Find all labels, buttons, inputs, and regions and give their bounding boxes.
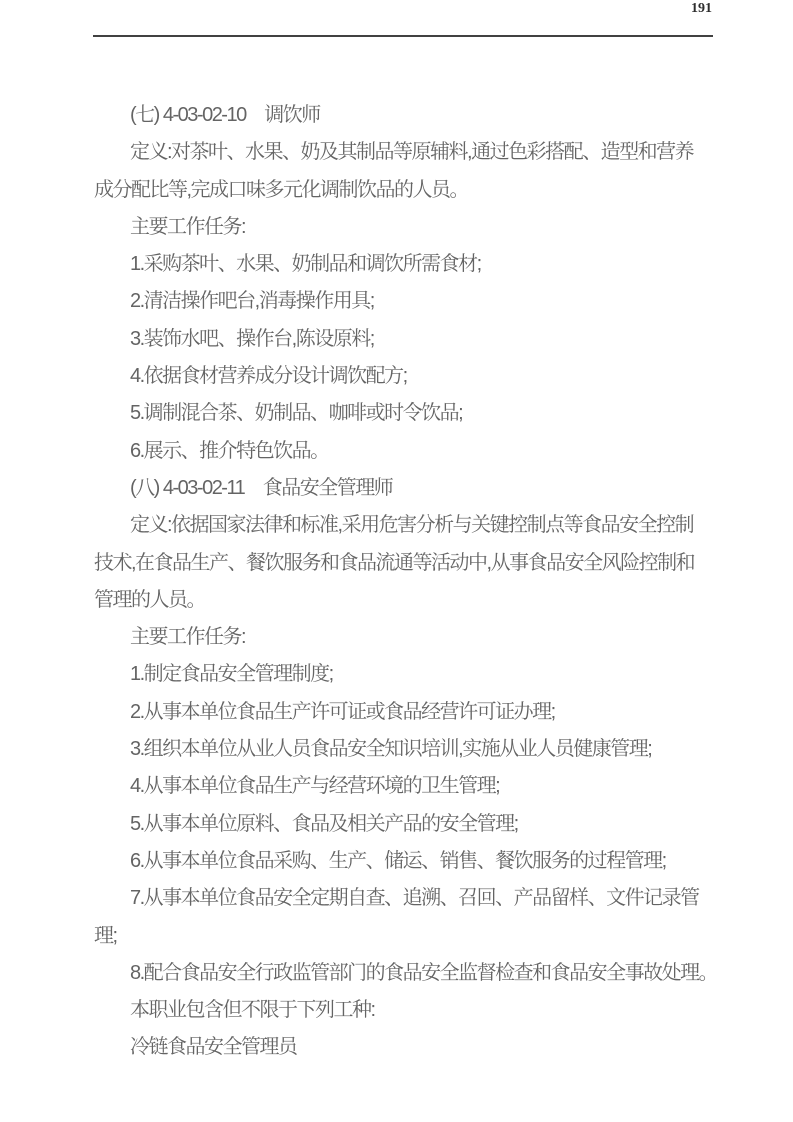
text-line: 冷链食品安全管理员 <box>94 1029 712 1066</box>
text-line: 3.装饰水吧、操作台,陈设原料; <box>94 321 712 358</box>
text-line: 8.配合食品安全行政监管部门的食品安全监督检查和食品安全事故处理。 <box>94 955 712 992</box>
section-heading: (七) 4-03-02-10 调饮师 <box>94 97 712 134</box>
text-line: 成分配比等,完成口味多元化调制饮品的人员。 <box>94 172 712 209</box>
text-line: 2.从事本单位食品生产许可证或食品经营许可证办理; <box>94 694 712 731</box>
text-line: 主要工作任务: <box>94 619 712 656</box>
page-number: 191 <box>691 1 712 17</box>
text-line: 6.展示、推介特色饮品。 <box>94 433 712 470</box>
document-page: 191 (七) 4-03-02-10 调饮师 定义:对茶叶、水果、奶及其制品等原… <box>0 0 793 1122</box>
text-line: 7.从事本单位食品安全定期自查、追溯、召回、产品留样、文件记录管 <box>94 880 712 917</box>
text-line: 理; <box>94 918 712 955</box>
text-line: 1.制定食品安全管理制度; <box>94 656 712 693</box>
text-line: 4.从事本单位食品生产与经营环境的卫生管理; <box>94 768 712 805</box>
text-line: 2.清洁操作吧台,消毒操作用具; <box>94 283 712 320</box>
text-line: 定义:依据国家法律和标准,采用危害分析与关键控制点等食品安全控制 <box>94 507 712 544</box>
text-line: 5.调制混合茶、奶制品、咖啡或时令饮品; <box>94 395 712 432</box>
text-line: 3.组织本单位从业人员食品安全知识培训,实施从业人员健康管理; <box>94 731 712 768</box>
text-line: 管理的人员。 <box>94 582 712 619</box>
text-line: 技术,在食品生产、餐饮服务和食品流通等活动中,从事食品安全风险控制和 <box>94 545 712 582</box>
text-line: 4.依据食材营养成分设计调饮配方; <box>94 358 712 395</box>
text-line: 本职业包含但不限于下列工种: <box>94 992 712 1029</box>
text-line: 主要工作任务: <box>94 209 712 246</box>
text-line: 定义:对茶叶、水果、奶及其制品等原辅料,通过色彩搭配、造型和营养 <box>94 134 712 171</box>
header-rule <box>93 35 713 37</box>
text-line: 6.从事本单位食品采购、生产、储运、销售、餐饮服务的过程管理; <box>94 843 712 880</box>
text-line: 1.采购茶叶、水果、奶制品和调饮所需食材; <box>94 246 712 283</box>
text-line: 5.从事本单位原料、食品及相关产品的安全管理; <box>94 806 712 843</box>
document-body: (七) 4-03-02-10 调饮师 定义:对茶叶、水果、奶及其制品等原辅料,通… <box>94 97 712 1067</box>
section-heading: (八) 4-03-02-11 食品安全管理师 <box>94 470 712 507</box>
